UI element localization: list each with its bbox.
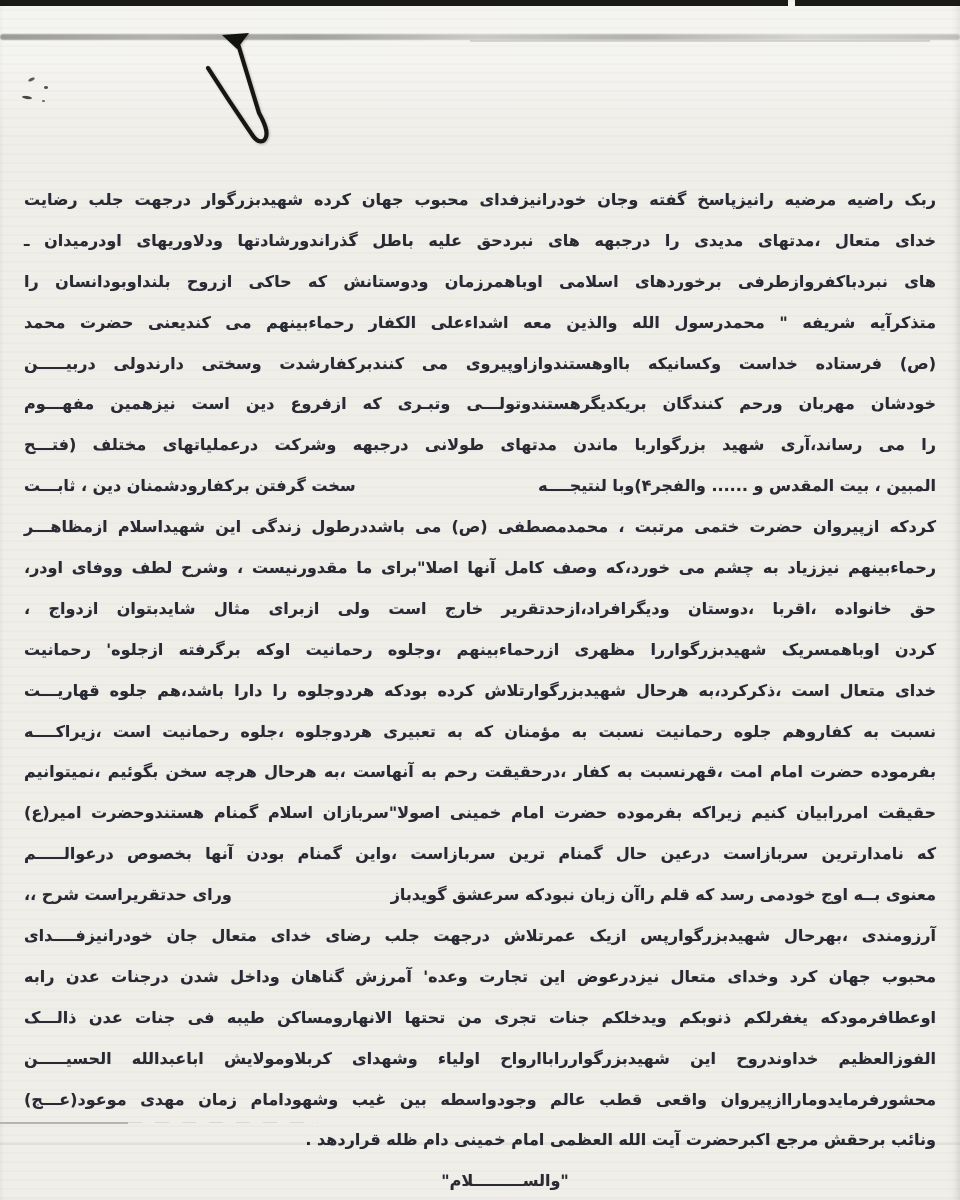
text-line: را می رساند،آری شهید بزرگواربا ماندن مدت…	[24, 424, 936, 465]
closing-line: ونائب برحقش مرجع اکبرحضرت آیت الله العظم…	[24, 1119, 936, 1160]
text-line: (ص) فرستاده خداست وکسانیکه بااوهستندوازا…	[24, 343, 936, 384]
line-text: حقیقت امررابیان کنیم زیراکه بفرموده حضرت…	[24, 803, 936, 822]
line-text: "والســـــــــلام"	[441, 1171, 568, 1190]
line-text: کردکه ازپیروان حضرت ختمی مرتبت ، محمدمصط…	[24, 517, 936, 536]
text-line: محشورفرمایدوماراازپیروان واقعی قطب عالم …	[24, 1079, 936, 1120]
line-text: اوعطافرمودکه یغفرلکم ذنوبکم ویدخلکم جنات…	[24, 1008, 936, 1027]
line-text: را می رساند،آری شهید بزرگواربا ماندن مدت…	[24, 435, 936, 454]
text-line: که نامدارترین سربازاست درعین حال گمنام ت…	[24, 833, 936, 874]
valediction-line: "والســـــــــلام"	[24, 1160, 936, 1200]
ink-speckle	[44, 86, 48, 89]
scan-band-artifact	[0, 1142, 960, 1145]
text-line: حقیقت امررابیان کنیم زیراکه بفرموده حضرت…	[24, 792, 936, 833]
line-text: های نبردباکفروازطرفی برخوردهای اسلامی او…	[24, 272, 936, 291]
text-line: خدای متعال است ،ذکرکرد،به هرحال شهیدبزرگ…	[24, 670, 936, 711]
scan-edge-bar	[795, 0, 960, 6]
text-line: اوعطافرمودکه یغفرلکم ذنوبکم ویدخلکم جنات…	[24, 997, 936, 1038]
scanner-streak	[470, 40, 930, 42]
line-text: آرزومندی ،بهرحال شهیدبزرگوارپس ازیک عمرت…	[24, 926, 936, 945]
ink-speckle	[28, 77, 36, 83]
text-line: های نبردباکفروازطرفی برخوردهای اسلامی او…	[24, 261, 936, 302]
line-text: بفرموده حضرت امام امت ،قهرنسبت به کفار ،…	[24, 762, 936, 781]
text-line: محبوب جهان کرد وخدای متعال نیزدرعوض این …	[24, 956, 936, 997]
line-text: رحماءبینهم نیززیاد به چشم می خورد،که وصف…	[24, 558, 936, 577]
line-text: خودشان مهربان ورحم کنندگان بریکدیگرهستند…	[24, 394, 936, 413]
text-line: حق خانواده ،اقربا ،دوستان ودیگرافراد،ازح…	[24, 588, 936, 629]
line-text: متذکرآیه شریفه " محمدرسول الله والذین مع…	[24, 313, 936, 332]
text-line: متذکرآیه شریفه " محمدرسول الله والذین مع…	[24, 302, 936, 343]
paperclip-icon	[198, 26, 302, 152]
line-text: حق خانواده ،اقربا ،دوستان ودیگرافراد،ازح…	[24, 599, 936, 618]
text-line: آرزومندی ،بهرحال شهیدبزرگوارپس ازیک عمرت…	[24, 915, 936, 956]
line-text: محبوب جهان کرد وخدای متعال نیزدرعوض این …	[24, 967, 936, 986]
line-text: ربک راضیه مرضیه رانیزپاسخ گفته وجان خودر…	[24, 190, 936, 209]
text-line: ربک راضیه مرضیه رانیزپاسخ گفته وجان خودر…	[24, 179, 936, 220]
line-text: سخت گرفتن برکفارودشمنان دین ، ثابـــت	[24, 476, 356, 495]
letter-body: ربک راضیه مرضیه رانیزپاسخ گفته وجان خودر…	[24, 179, 936, 1200]
text-line: معنوی بــه اوج خودمی رسد که قلم راآن زبا…	[24, 874, 936, 915]
line-text: الفوزالعظیم خداوندروح این شهیدبزرگوارراب…	[24, 1049, 936, 1068]
text-line: رحماءبینهم نیززیاد به چشم می خورد،که وصف…	[24, 547, 936, 588]
line-text: محشورفرمایدوماراازپیروان واقعی قطب عالم …	[24, 1090, 936, 1109]
line-text: خدای متعال ،مدتهای مدیدی را درجبهه های ن…	[24, 231, 936, 250]
text-line: کردن اوباهمسریک شهیدبزرگواررا مظهری ازرح…	[24, 629, 936, 670]
ink-speckle	[22, 95, 32, 99]
text-line: بفرموده حضرت امام امت ،قهرنسبت به کفار ،…	[24, 751, 936, 792]
text-line: کردکه ازپیروان حضرت ختمی مرتبت ، محمدمصط…	[24, 506, 936, 547]
line-text: المبین ، بیت المقدس و ...... والفجر۴)وبا…	[538, 476, 936, 495]
ink-speckle	[42, 100, 45, 102]
scan-edge-bar	[0, 0, 788, 6]
line-text: ونائب برحقش مرجع اکبرحضرت آیت الله العظم…	[24, 1130, 936, 1149]
text-line: المبین ، بیت المقدس و ...... والفجر۴)وبا…	[24, 465, 936, 506]
line-text: خدای متعال است ،ذکرکرد،به هرحال شهیدبزرگ…	[24, 681, 936, 700]
text-line: نسبت به کفاروهم جلوه رحمانیت نسبت به مؤم…	[24, 711, 936, 752]
line-text: معنوی بــه اوج خودمی رسد که قلم راآن زبا…	[391, 885, 936, 904]
text-line: خدای متعال ،مدتهای مدیدی را درجبهه های ن…	[24, 220, 936, 261]
scanned-letter-page: ربک راضیه مرضیه رانیزپاسخ گفته وجان خودر…	[0, 0, 960, 1200]
line-text: ورای حدتقریراست شرح ،،	[24, 885, 232, 904]
scan-line-artifact	[128, 1122, 318, 1123]
text-line: خودشان مهربان ورحم کنندگان بریکدیگرهستند…	[24, 383, 936, 424]
text-line: الفوزالعظیم خداوندروح این شهیدبزرگوارراب…	[24, 1038, 936, 1079]
scan-line-artifact	[0, 1122, 128, 1124]
line-text: کردن اوباهمسریک شهیدبزرگواررا مظهری ازرح…	[24, 640, 936, 659]
line-text: که نامدارترین سربازاست درعین حال گمنام ت…	[24, 844, 936, 863]
line-text: نسبت به کفاروهم جلوه رحمانیت نسبت به مؤم…	[24, 722, 936, 741]
line-text: (ص) فرستاده خداست وکسانیکه بااوهستندوازا…	[24, 354, 936, 373]
